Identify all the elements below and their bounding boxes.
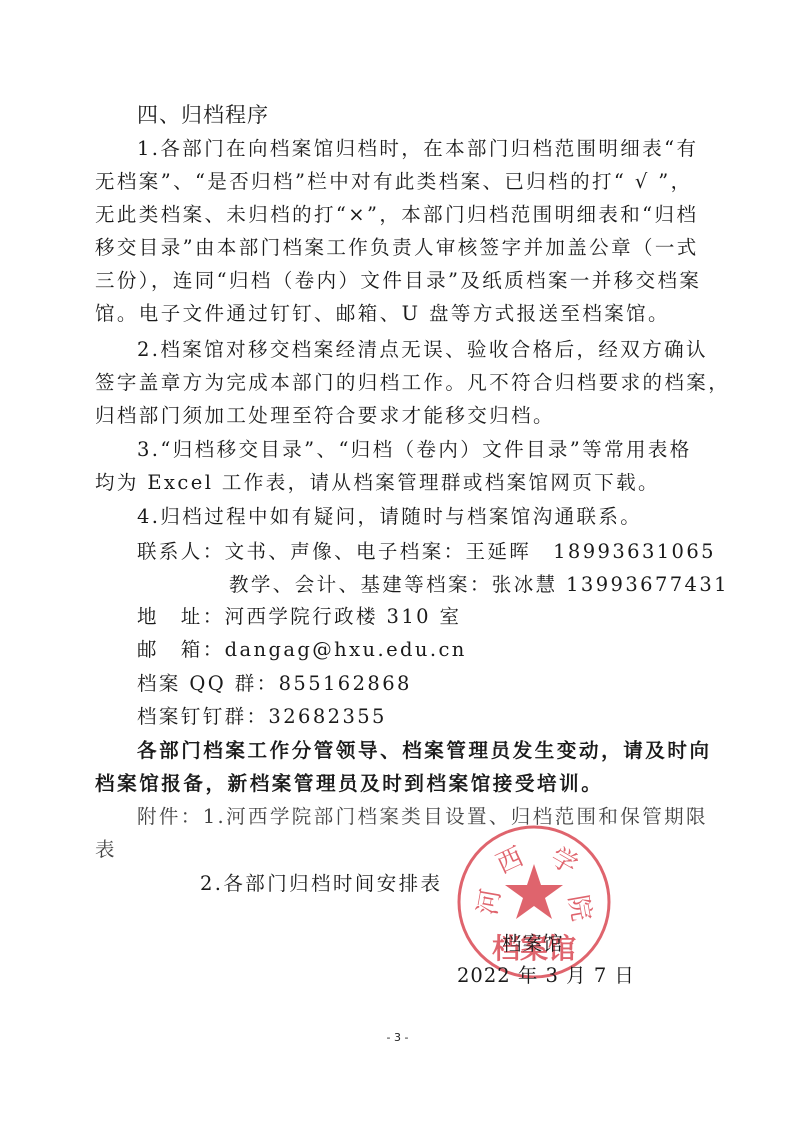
signature-org: 档案馆	[502, 930, 564, 958]
dingtalk-label: 档案钉钉群：	[137, 705, 268, 728]
contact-row-2: 教学、会计、基建等档案：张冰慧 13993677431	[229, 571, 795, 599]
page-number: - 3 -	[0, 1031, 795, 1044]
contact-1: 文书、声像、电子档案：王延晖 18993631065	[225, 540, 716, 563]
attachment-2: 2.各部门归档时间安排表	[200, 870, 795, 898]
notice-line-2: 档案馆报备，新档案管理员及时到档案馆接受培训。	[95, 770, 705, 798]
item3-line-1: 3.“归档移交目录”、“归档（卷内）文件目录”等常用表格	[137, 436, 747, 464]
section-heading: 四、归档程序	[137, 101, 747, 129]
contact-label: 联系人：	[137, 540, 225, 563]
item1-line-2: 无档案”、“是否归档”栏中对有此类档案、已归档的打“ √ ”，	[95, 168, 705, 196]
signature-date: 2022 年 3 月 7 日	[457, 962, 635, 990]
item2-line-1: 2.档案馆对移交档案经清点无误、验收合格后，经双方确认	[137, 336, 747, 364]
item3-line-2: 均为 Excel 工作表，请从档案管理群或档案馆网页下载。	[95, 469, 705, 497]
item2-line-3: 归档部门须加工处理至符合要求才能移交归档。	[95, 402, 705, 430]
item2-line-2: 签字盖章方为完成本部门的归档工作。凡不符合归档要求的档案，	[95, 369, 705, 397]
dingtalk-value: 32682355	[268, 705, 386, 728]
qq-label: 档案 QQ 群：	[137, 672, 279, 695]
address-value: 河西学院行政楼 310 室	[225, 605, 462, 628]
email-row: 邮 箱：dangag@hxu.edu.cn	[137, 636, 747, 664]
qq-row: 档案 QQ 群：855162868	[137, 670, 747, 698]
contact-row-1: 联系人：文书、声像、电子档案：王延晖 18993631065	[137, 538, 747, 566]
notice-line-1: 各部门档案工作分管领导、档案管理员发生变动，请及时向	[137, 737, 747, 765]
item1-line-6: 馆。电子文件通过钉钉、邮箱、U 盘等方式报送至档案馆。	[95, 300, 705, 328]
document-page: 四、归档程序 1.各部门在向档案馆归档时，在本部门归档范围明细表“有 无档案”、…	[0, 0, 795, 1123]
qq-value: 855162868	[279, 672, 412, 695]
attachment-1-line-2: 表	[95, 836, 705, 864]
item4-line: 4.归档过程中如有疑问，请随时与档案馆沟通联系。	[137, 503, 747, 531]
item1-line-5: 三份），连同“归档（卷内）文件目录”及纸质档案一并移交档案	[95, 267, 705, 295]
email-label: 邮 箱：	[137, 638, 225, 661]
attachment-1-line-1: 附件：1.河西学院部门档案类目设置、归档范围和保管期限	[137, 803, 747, 831]
item1-line-1: 1.各部门在向档案馆归档时，在本部门归档范围明细表“有	[137, 135, 705, 163]
email-value: dangag@hxu.edu.cn	[225, 638, 467, 661]
item1-line-4: 移交目录”由本部门档案工作负责人审核签字并加盖公章（一式	[95, 234, 705, 262]
address-row: 地 址：河西学院行政楼 310 室	[137, 603, 747, 631]
address-label: 地 址：	[137, 605, 225, 628]
dingtalk-row: 档案钉钉群：32682355	[137, 703, 747, 731]
item1-line-3: 无此类档案、未归档的打“×”，本部门归档范围明细表和“归档	[95, 201, 705, 229]
